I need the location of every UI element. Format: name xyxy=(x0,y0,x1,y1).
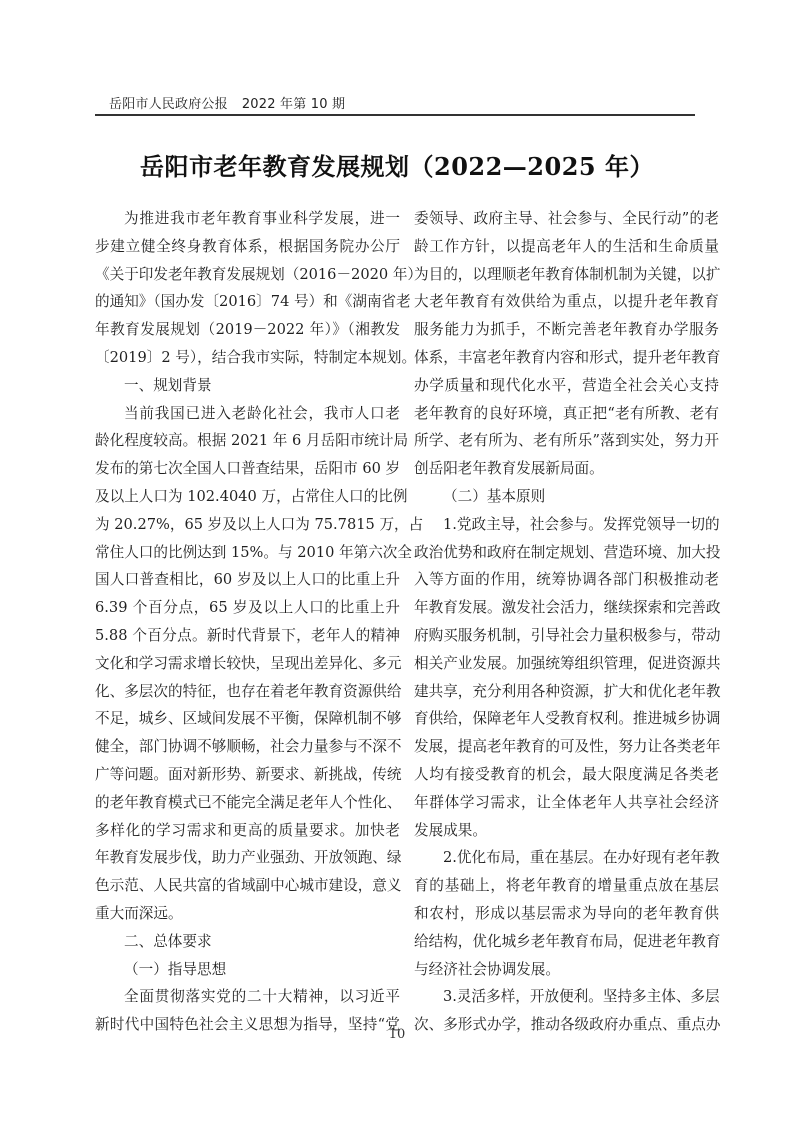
text-line: 3.灵活多样，开放便利。坚持多主体、多层 xyxy=(414,983,719,1011)
text-line: 建共享，充分利用各种资源，扩大和优化老年教 xyxy=(414,678,719,706)
left-text-column: 为推进我市老年教育事业科学发展，进一步建立健全终身教育体系，根据国务院办公厅《关… xyxy=(95,205,400,1039)
text-line: 全面贯彻落实党的二十大精神，以习近平 xyxy=(95,983,400,1011)
text-line: 育的基础上，将老年教育的增量重点放在基层 xyxy=(414,872,719,900)
text-line: 多样化的学习需求和更高的质量要求。加快老 xyxy=(95,817,400,845)
text-line: 〔2019〕2 号），结合我市实际，特制定本规划。 xyxy=(95,344,400,372)
text-line: 《关于印发老年教育发展规划（2016－2020 年） xyxy=(95,261,400,289)
text-line: 龄工作方针，以提高老年人的生活和生命质量 xyxy=(414,233,719,261)
text-line: 常住人口的比例达到 15%。与 2010 年第六次全 xyxy=(95,539,400,567)
header-divider xyxy=(95,114,695,116)
text-line: 发布的第七次全国人口普查结果，岳阳市 60 岁 xyxy=(95,455,400,483)
text-line: 5.88 个百分点。新时代背景下，老年人的精神 xyxy=(95,622,400,650)
text-line: （一）指导思想 xyxy=(95,956,400,984)
text-line: 创岳阳老年教育发展新局面。 xyxy=(414,455,719,483)
text-line: 体系，丰富老年教育内容和形式，提升老年教育 xyxy=(414,344,719,372)
text-line: 为推进我市老年教育事业科学发展，进一 xyxy=(95,205,400,233)
issue-number: 2022 年第 10 期 xyxy=(242,97,345,112)
text-line: 重大而深远。 xyxy=(95,900,400,928)
text-line: 健全，部门协调不够顺畅，社会力量参与不深不 xyxy=(95,733,400,761)
text-line: 及以上人口为 102.4040 万，占常住人口的比例 xyxy=(95,483,400,511)
text-line: 化、多层次的特征，也存在着老年教育资源供给 xyxy=(95,678,400,706)
text-line: 文化和学习需求增长较快，呈现出差异化、多元 xyxy=(95,650,400,678)
text-line: 年教育发展。激发社会活力，继续探索和完善政 xyxy=(414,594,719,622)
text-line: 府购买服务机制，引导社会力量积极参与，带动 xyxy=(414,622,719,650)
text-line: 大老年教育有效供给为重点，以提升老年教育 xyxy=(414,288,719,316)
text-line: 年教育发展规划（2019－2022 年）》（湘教发 xyxy=(95,316,400,344)
text-line: 办学质量和现代化水平，营造全社会关心支持 xyxy=(414,372,719,400)
text-line: 发展成果。 xyxy=(414,817,719,845)
text-line: 与经济社会协调发展。 xyxy=(414,956,719,984)
text-line: 相关产业发展。加强统筹组织管理，促进资源共 xyxy=(414,650,719,678)
text-line: 色示范、人民共富的省域副中心城市建设，意义 xyxy=(95,872,400,900)
text-line: 年教育发展步伐，助力产业强劲、开放领跑、绿 xyxy=(95,844,400,872)
text-line: 1.党政主导，社会参与。发挥党领导一切的 xyxy=(414,511,719,539)
text-line: 国人口普查相比，60 岁及以上人口的比重上升 xyxy=(95,566,400,594)
text-line: 人均有接受教育的机会，最大限度满足各类老 xyxy=(414,761,719,789)
page-number: 10 xyxy=(0,1027,794,1042)
publication-name: 岳阳市人民政府公报 xyxy=(109,97,228,112)
text-line: 老年教育的良好环境，真正把“老有所教、老有 xyxy=(414,400,719,428)
text-line: 龄化程度较高。根据 2021 年 6 月岳阳市统计局 xyxy=(95,427,400,455)
text-line: 育供给，保障老年人受教育权利。推进城乡协调 xyxy=(414,705,719,733)
right-text-column: 委领导、政府主导、社会参与、全民行动”的老龄工作方针，以提高老年人的生活和生命质… xyxy=(414,205,719,1039)
text-line: 政治优势和政府在制定规划、营造环境、加大投 xyxy=(414,539,719,567)
text-line: 服务能力为抓手，不断完善老年教育办学服务 xyxy=(414,316,719,344)
text-line: 年群体学习需求，让全体老年人共享社会经济 xyxy=(414,789,719,817)
text-line: 二、总体要求 xyxy=(95,928,400,956)
text-line: 为目的，以理顺老年教育体制机制为关键，以扩 xyxy=(414,261,719,289)
document-page: 岳阳市人民政府公报2022 年第 10 期 岳阳市老年教育发展规划（2022—2… xyxy=(0,0,794,1122)
document-title: 岳阳市老年教育发展规划（2022—2025 年） xyxy=(0,147,794,182)
text-line: 的通知》（国办发〔2016〕74 号）和《湖南省老 xyxy=(95,288,400,316)
text-line: 委领导、政府主导、社会参与、全民行动”的老 xyxy=(414,205,719,233)
text-line: 广等问题。面对新形势、新要求、新挑战，传统 xyxy=(95,761,400,789)
text-line: （二）基本原则 xyxy=(414,483,719,511)
text-line: 的老年教育模式已不能完全满足老年人个性化、 xyxy=(95,789,400,817)
text-line: 步建立健全终身教育体系，根据国务院办公厅 xyxy=(95,233,400,261)
text-line: 当前我国已进入老龄化社会，我市人口老 xyxy=(95,400,400,428)
text-line: 发展，提高老年教育的可及性，努力让各类老年 xyxy=(414,733,719,761)
text-line: 给结构，优化城乡老年教育布局，促进老年教育 xyxy=(414,928,719,956)
text-line: 为 20.27%，65 岁及以上人口为 75.7815 万，占 xyxy=(95,511,400,539)
text-line: 一、规划背景 xyxy=(95,372,400,400)
text-line: 不足，城乡、区域间发展不平衡，保障机制不够 xyxy=(95,705,400,733)
running-header: 岳阳市人民政府公报2022 年第 10 期 xyxy=(109,93,345,112)
text-line: 入等方面的作用，统筹协调各部门积极推动老 xyxy=(414,566,719,594)
text-line: 6.39 个百分点，65 岁及以上人口的比重上升 xyxy=(95,594,400,622)
text-line: 所学、老有所为、老有所乐”落到实处，努力开 xyxy=(414,427,719,455)
text-line: 和农村，形成以基层需求为导向的老年教育供 xyxy=(414,900,719,928)
text-line: 2.优化布局，重在基层。在办好现有老年教 xyxy=(414,844,719,872)
